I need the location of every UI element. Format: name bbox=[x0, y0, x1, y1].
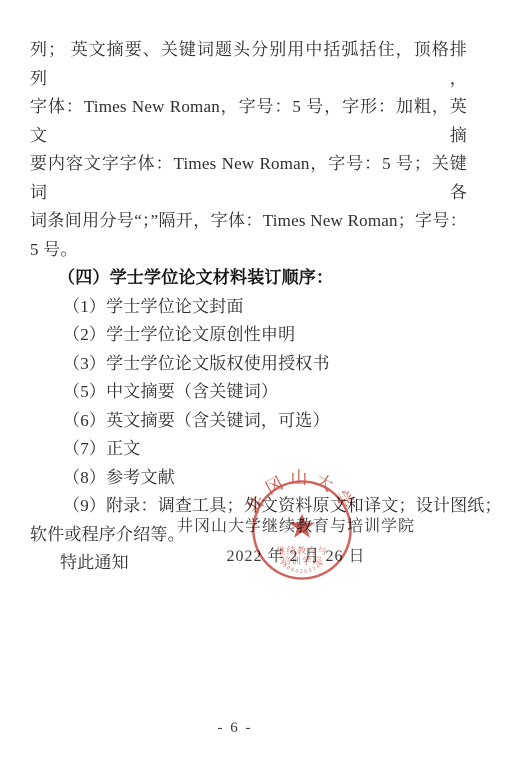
list-item: （2）学士学位论文原创性申明 bbox=[30, 321, 467, 350]
document-body: 列； 英文摘要、关键词题头分别用中括弧括住，顶格排列，字体：Times New … bbox=[30, 36, 467, 578]
paragraph-line: 词条间用分号“；”隔开，字体：Times New Roman；字号： bbox=[30, 207, 467, 236]
signature-block: 井冈山大学继续教育与培训学院 2022 年 2 月 26 日 bbox=[177, 512, 415, 572]
page-number: - 6 - bbox=[0, 720, 470, 737]
list-item: （1）学士学位论文封面 bbox=[30, 293, 467, 322]
document-page: 列； 英文摘要、关键词题头分别用中括弧括住，顶格排列，字体：Times New … bbox=[0, 0, 530, 765]
list-item: （3）学士学位论文版权使用授权书 bbox=[30, 350, 467, 379]
list-item: （8）参考文献 bbox=[30, 464, 467, 493]
paragraph-line: 字体：Times New Roman，字号：5 号，字形：加粗，英文摘 bbox=[30, 93, 467, 150]
signature-date: 2022 年 2 月 26 日 bbox=[226, 542, 365, 572]
binding-order-list: （1）学士学位论文封面（2）学士学位论文原创性申明（3）学士学位论文版权使用授权… bbox=[30, 293, 467, 521]
list-item: （5）中文摘要（含关键词） bbox=[30, 378, 467, 407]
paragraph-continuation: 列； 英文摘要、关键词题头分别用中括弧括住，顶格排列，字体：Times New … bbox=[30, 36, 467, 264]
list-item: （6）英文摘要（含关键词，可选） bbox=[30, 407, 467, 436]
list-item: （7）正文 bbox=[30, 435, 467, 464]
signature-org: 井冈山大学继续教育与培训学院 bbox=[177, 512, 415, 542]
paragraph-line: 列； 英文摘要、关键词题头分别用中括弧括住，顶格排列， bbox=[30, 36, 467, 93]
paragraph-line: 5 号。 bbox=[30, 236, 467, 265]
section-heading: （四）学士学位论文材料装订顺序： bbox=[30, 264, 467, 293]
paragraph-line: 要内容文字字体：Times New Roman，字号：5 号；关键词各 bbox=[30, 150, 467, 207]
